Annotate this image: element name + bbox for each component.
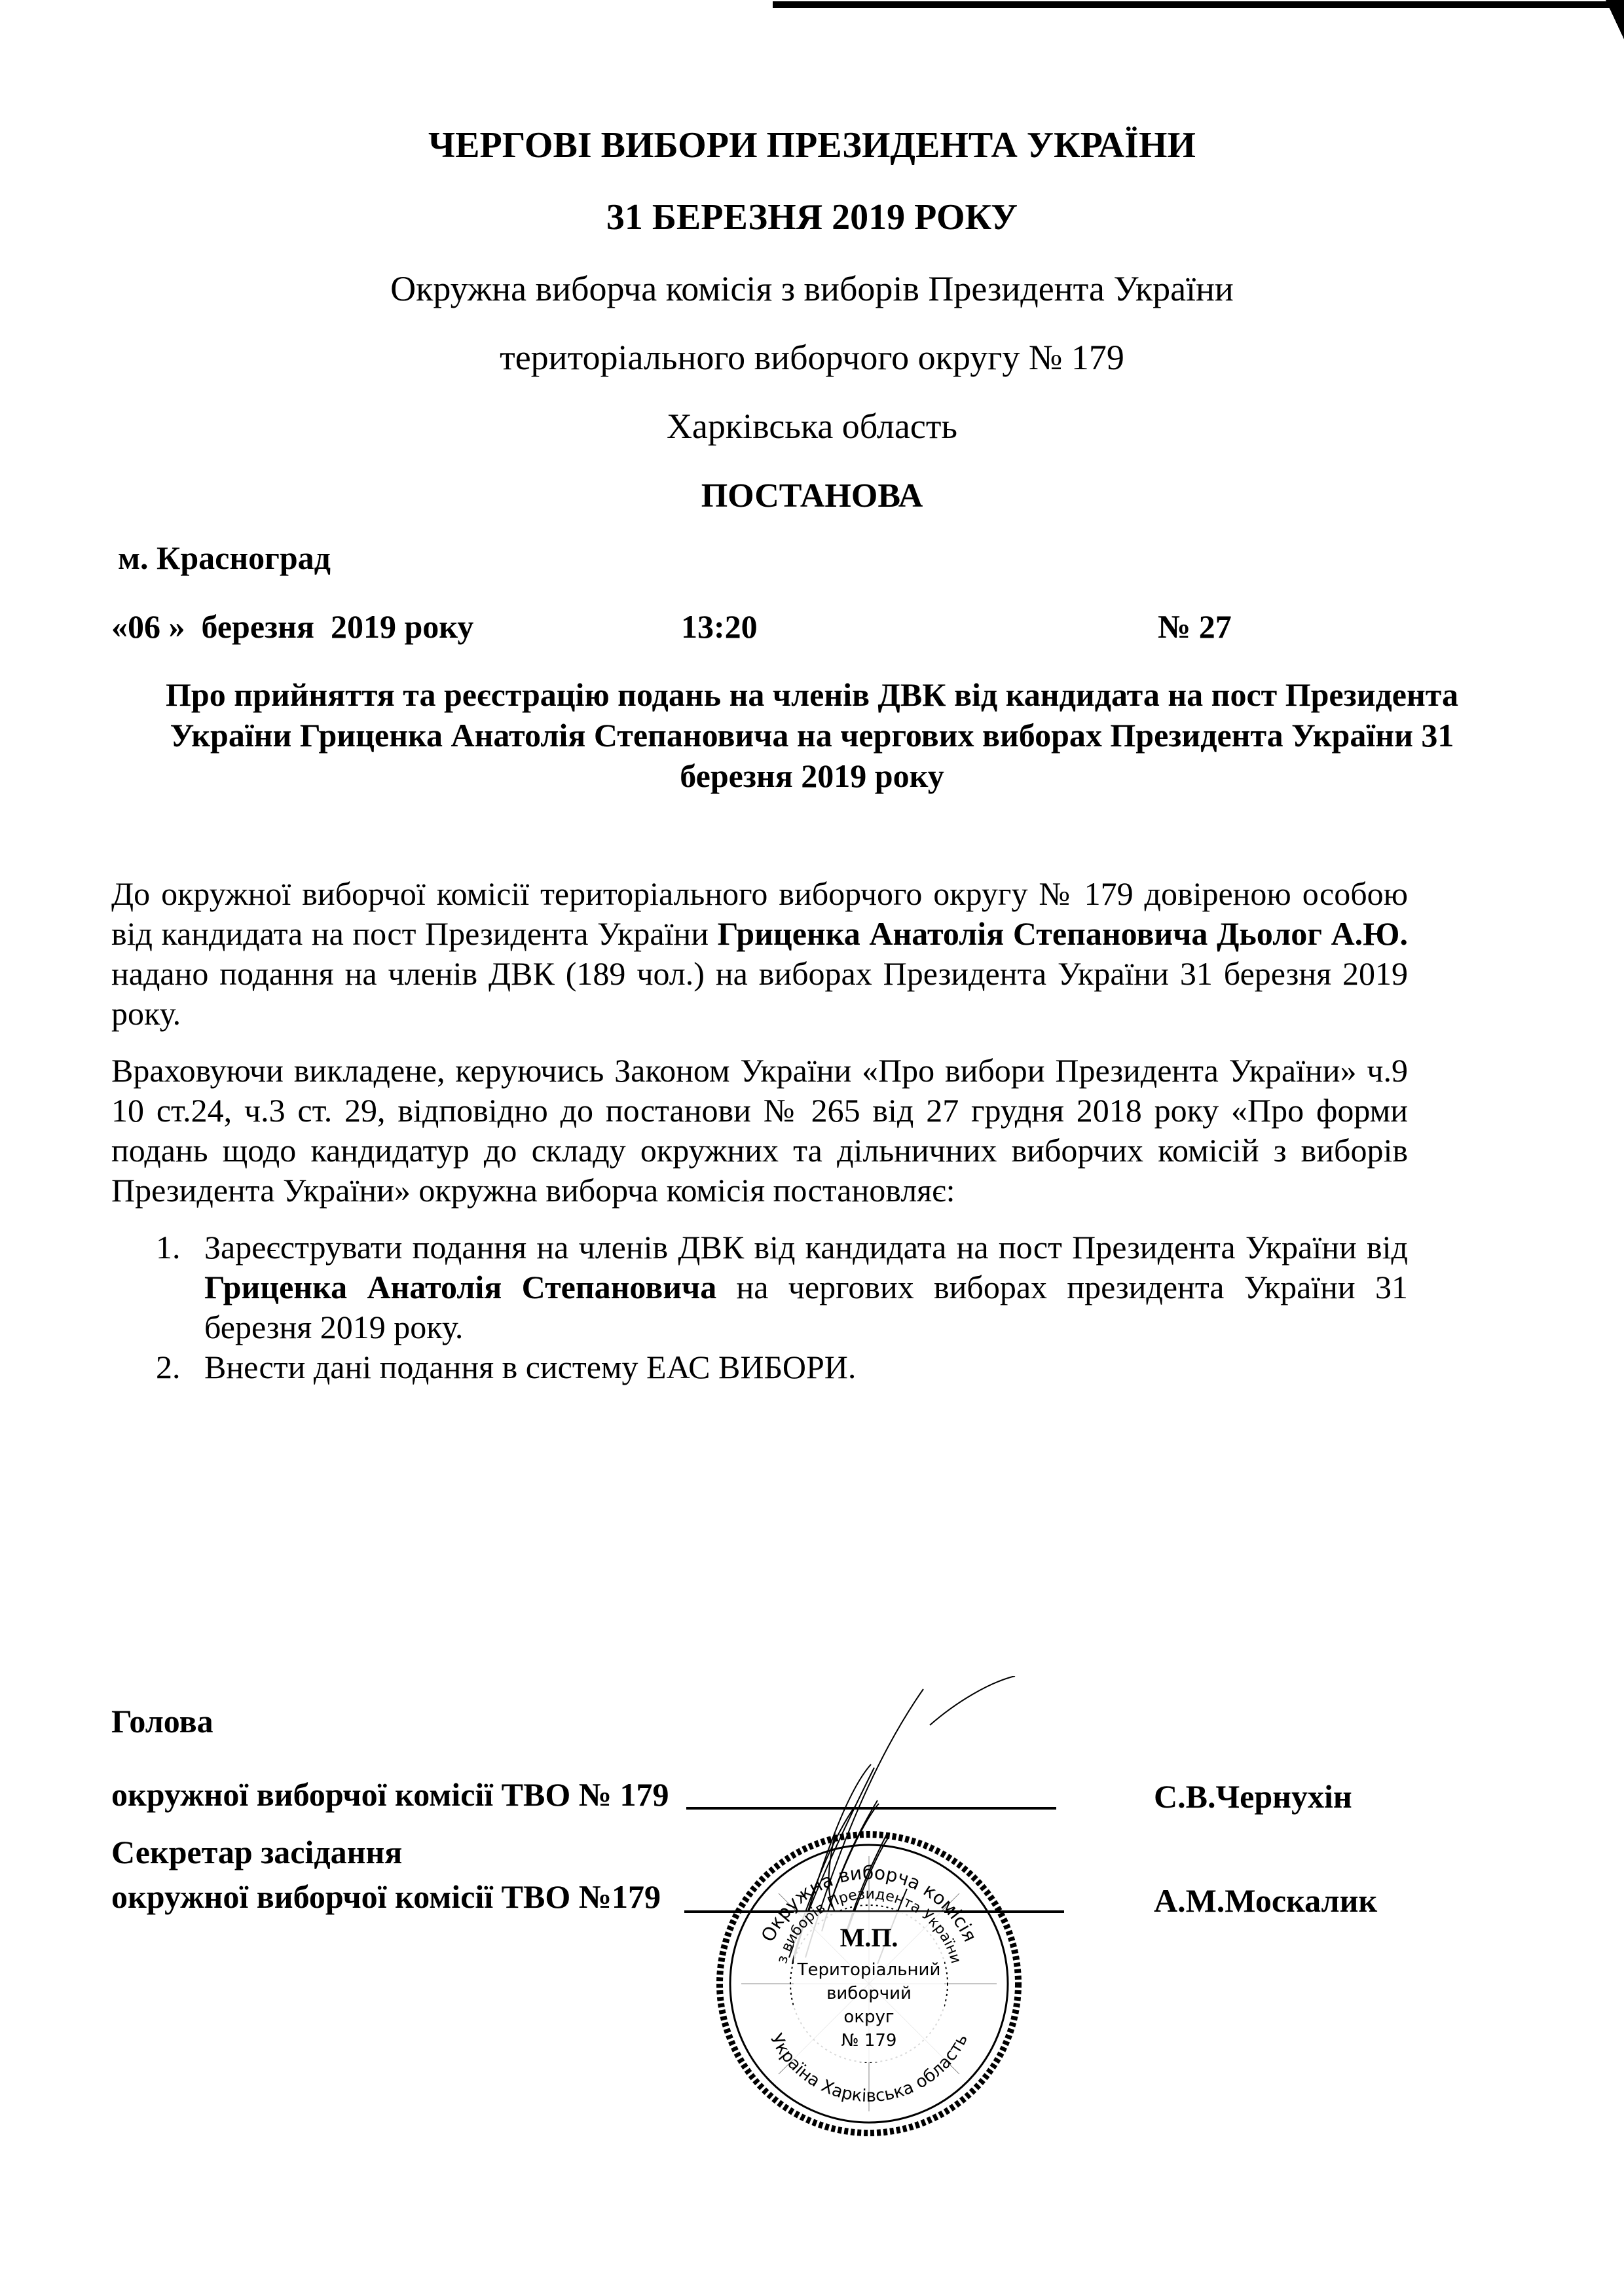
district-name: територіального виборчого округу № 179 bbox=[0, 337, 1624, 378]
head-name: С.В.Чернухін bbox=[1154, 1777, 1352, 1815]
head-role-title: Голова bbox=[111, 1702, 213, 1740]
document-type: ПОСТАНОВА bbox=[0, 477, 1624, 515]
paragraph-legal-basis: Враховуючи викладене, керуючись Законом … bbox=[111, 1051, 1408, 1211]
svg-text:№ 179: № 179 bbox=[841, 2031, 897, 2050]
decision-candidate: Гриценка Анатолія Степановича bbox=[204, 1269, 716, 1305]
region-name: Харківська область bbox=[0, 406, 1624, 446]
official-stamp-icon: Окружна виборча комісія з виборів Презид… bbox=[715, 1830, 1023, 2138]
document-subject: Про прийняття та реєстрацію подань на чл… bbox=[0, 674, 1624, 796]
decision-text-a: Зареєструвати подання на членів ДВК від … bbox=[204, 1229, 1408, 1266]
subject-line-1: Про прийняття та реєстрацію подань на чл… bbox=[0, 674, 1624, 715]
decision-item: 1.Зареєструвати подання на членів ДВК ві… bbox=[156, 1228, 1408, 1347]
election-date: 31 БЕРЕЗНЯ 2019 РОКУ bbox=[0, 196, 1624, 238]
svg-text:виборчий: виборчий bbox=[826, 1984, 912, 2003]
paragraph1-text-b: надано подання на членів ДВК (189 чол.) … bbox=[111, 955, 1408, 1032]
paragraph-submission: До окружної виборчої комісії територіаль… bbox=[111, 874, 1408, 1034]
decision-text-a: Внести дані подання в систему ЕАС ВИБОРИ… bbox=[204, 1349, 856, 1385]
secretary-name: А.М.Москалик bbox=[1154, 1882, 1377, 1920]
decision-item: 2.Внести дані подання в систему ЕАС ВИБО… bbox=[156, 1347, 1408, 1387]
election-title: ЧЕРГОВІ ВИБОРИ ПРЕЗИДЕНТА УКРАЇНИ bbox=[0, 124, 1624, 166]
secretary-role-title: Секретар засідання bbox=[111, 1833, 402, 1871]
paragraph1-candidate: Гриценка Анатолія Степановича Дьолог А.Ю… bbox=[718, 915, 1408, 952]
decision-number: 1. bbox=[156, 1228, 181, 1267]
head-role-commission: окружної виборчої комісії ТВО № 179 bbox=[111, 1776, 669, 1813]
stamp-mp-label: М.П. bbox=[840, 1923, 898, 1952]
svg-text:Територіальний: Територіальний bbox=[797, 1960, 941, 1980]
svg-text:округ: округ bbox=[843, 2007, 894, 2027]
decision-number: 2. bbox=[156, 1347, 181, 1387]
document-number: № 27 bbox=[1158, 608, 1232, 646]
subject-line-3: березня 2019 року bbox=[0, 756, 1624, 796]
document-time: 13:20 bbox=[681, 608, 758, 646]
commission-name: Окружна виборча комісія з виборів Презид… bbox=[0, 268, 1624, 309]
scan-border-corner bbox=[1606, 0, 1624, 39]
document-date: «06 » березня 2019 року bbox=[111, 608, 473, 646]
subject-line-2: України Гриценка Анатолія Степановича на… bbox=[0, 715, 1624, 756]
secretary-role-commission: окружної виборчої комісії ТВО №179 bbox=[111, 1878, 661, 1916]
decisions-list: 1.Зареєструвати подання на членів ДВК ві… bbox=[156, 1228, 1408, 1387]
city: м. Красноград bbox=[118, 539, 331, 577]
scan-border-top bbox=[773, 1, 1624, 8]
